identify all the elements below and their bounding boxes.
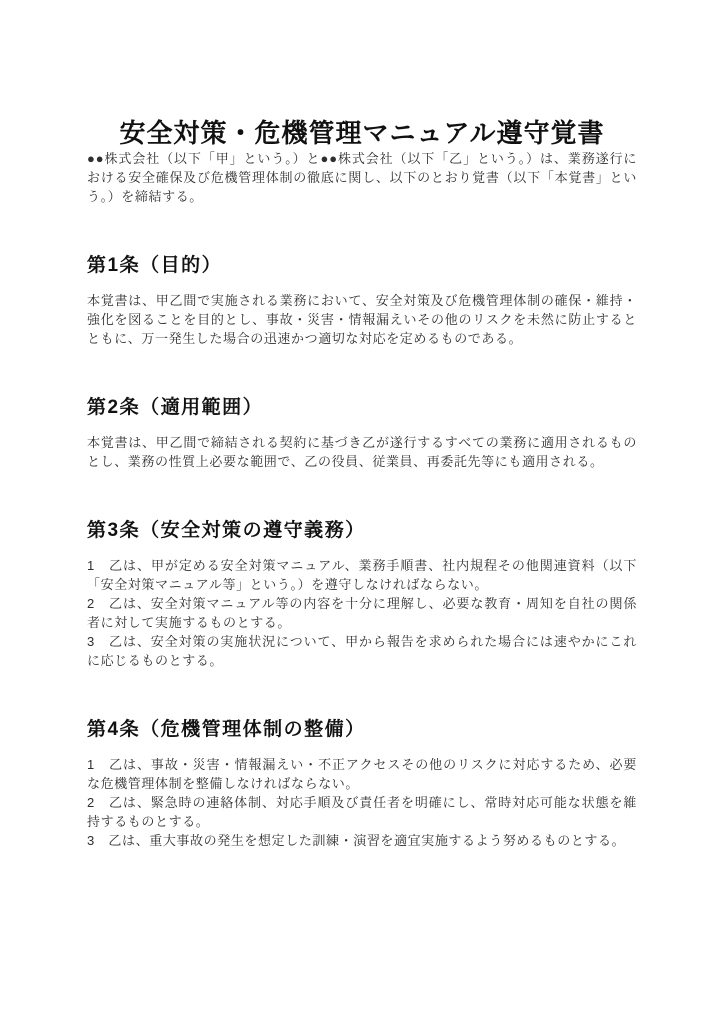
section-paragraph: 本覚書は、甲乙間で締結される契約に基づき乙が遂行するすべての業務に適用されるもの… [87, 433, 637, 471]
section-paragraph: 1 乙は、事故・災害・情報漏えい・不正アクセスその他のリスクに対応するため、必要… [87, 755, 637, 793]
section-body: 1 乙は、事故・災害・情報漏えい・不正アクセスその他のリスクに対応するため、必要… [87, 755, 637, 850]
section-heading: 第3条（安全対策の遵守義務） [87, 519, 637, 543]
section-paragraph: 3 乙は、安全対策の実施状況について、甲から報告を求められた場合には速やかにこれ… [87, 632, 637, 670]
section-paragraph: 本覚書は、甲乙間で実施される業務において、安全対策及び危機管理体制の確保・維持・… [87, 291, 637, 348]
section-body: 1 乙は、甲が定める安全対策マニュアル、業務手順書、社内規程その他関連資料（以下… [87, 556, 637, 670]
section-body: 本覚書は、甲乙間で締結される契約に基づき乙が遂行するすべての業務に適用されるもの… [87, 433, 637, 471]
section: 第3条（安全対策の遵守義務） 1 乙は、甲が定める安全対策マニュアル、業務手順書… [87, 519, 637, 670]
section-body: 本覚書は、甲乙間で実施される業務において、安全対策及び危機管理体制の確保・維持・… [87, 291, 637, 348]
document-title: 安全対策・危機管理マニュアル遵守覚書 [87, 118, 637, 149]
section-heading: 第1条（目的） [87, 254, 637, 278]
document-page: 安全対策・危機管理マニュアル遵守覚書 ●●株式会社（以下「甲」という。）と●●株… [0, 0, 724, 1024]
intro-paragraph: ●●株式会社（以下「甲」という。）と●●株式会社（以下「乙」という。）は、業務遂… [87, 149, 637, 206]
section: 第1条（目的） 本覚書は、甲乙間で実施される業務において、安全対策及び危機管理体… [87, 254, 637, 348]
section-heading: 第2条（適用範囲） [87, 396, 637, 420]
section-paragraph: 2 乙は、安全対策マニュアル等の内容を十分に理解し、必要な教育・周知を自社の関係… [87, 594, 637, 632]
section-paragraph: 1 乙は、甲が定める安全対策マニュアル、業務手順書、社内規程その他関連資料（以下… [87, 556, 637, 594]
section: 第2条（適用範囲） 本覚書は、甲乙間で締結される契約に基づき乙が遂行するすべての… [87, 396, 637, 471]
section-heading: 第4条（危機管理体制の整備） [87, 718, 637, 742]
section-paragraph: 2 乙は、緊急時の連絡体制、対応手順及び責任者を明確にし、常時対応可能な状態を維… [87, 793, 637, 831]
sections: 第1条（目的） 本覚書は、甲乙間で実施される業務において、安全対策及び危機管理体… [87, 254, 637, 850]
section: 第4条（危機管理体制の整備） 1 乙は、事故・災害・情報漏えい・不正アクセスその… [87, 718, 637, 850]
section-paragraph: 3 乙は、重大事故の発生を想定した訓練・演習を適宜実施するよう努めるものとする。 [87, 831, 637, 850]
